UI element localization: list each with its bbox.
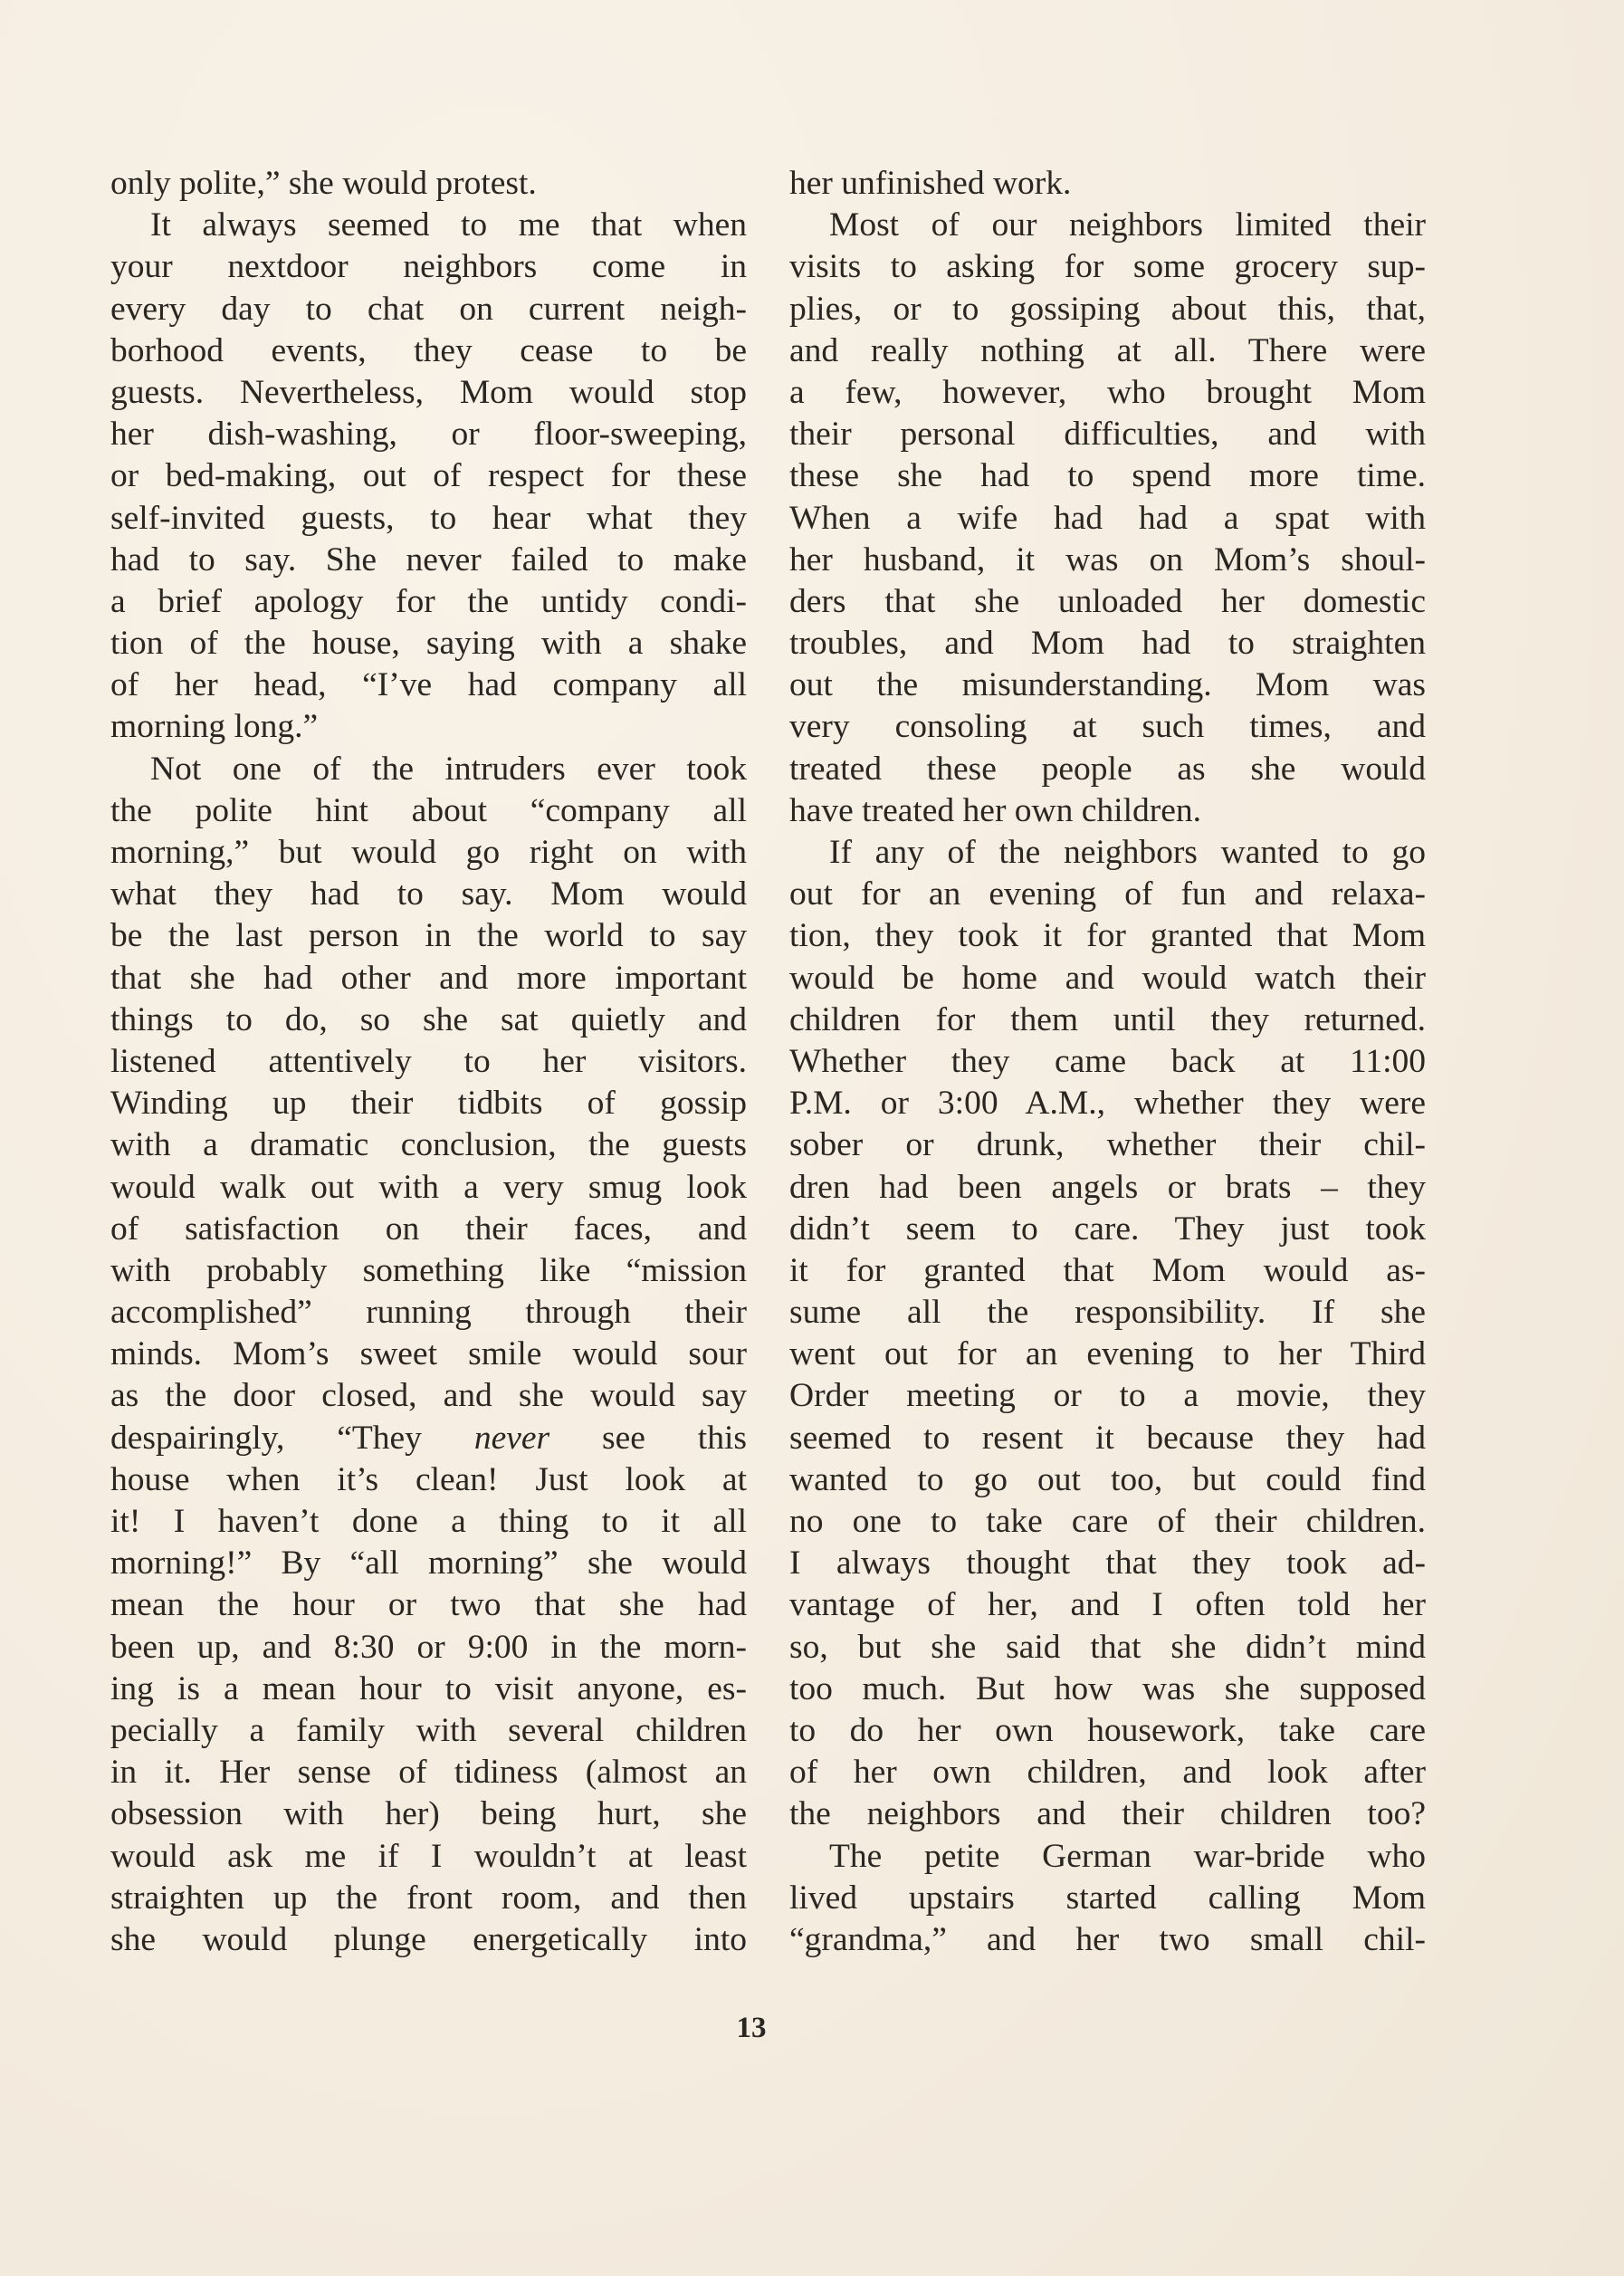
- text-line: it for granted that Mom would as-: [789, 1250, 1426, 1292]
- text-line: Most of our neighbors limited their: [789, 205, 1426, 246]
- text-line: had to say. She never failed to make: [110, 540, 747, 581]
- text-line: vantage of her, and I often told her: [789, 1584, 1426, 1626]
- text-line: been up, and 8:30 or 9:00 in the morn-: [110, 1627, 747, 1669]
- text-line: a few, however, who brought Mom: [789, 372, 1426, 414]
- text-column-left: only polite,” she would protest.It alway…: [110, 163, 747, 1961]
- text-line: she would plunge energetically into: [110, 1919, 747, 1961]
- text-line: your nextdoor neighbors come in: [110, 246, 747, 288]
- text-line: of her head, “I’ve had company all: [110, 665, 747, 706]
- text-line: and really nothing at all. There were: [789, 330, 1426, 372]
- text-line: straighten up the front room, and then: [110, 1878, 747, 1919]
- text-line: very consoling at such times, and: [789, 706, 1426, 748]
- text-line: too much. But how was she supposed: [789, 1669, 1426, 1710]
- text-line: tion of the house, saying with a shake: [110, 623, 747, 665]
- text-line: of her own children, and look after: [789, 1752, 1426, 1793]
- text-line: didn’t seem to care. They just took: [789, 1209, 1426, 1250]
- text-line: plies, or to gossiping about this, that,: [789, 289, 1426, 330]
- text-line: morning long.”: [110, 706, 747, 748]
- text-line: children for them until they returned.: [789, 999, 1426, 1041]
- text-line: Winding up their tidbits of gossip: [110, 1083, 747, 1124]
- text-line: her husband, it was on Mom’s shoul-: [789, 540, 1426, 581]
- text-line: tion, they took it for granted that Mom: [789, 915, 1426, 957]
- text-line: out the misunderstanding. Mom was: [789, 665, 1426, 706]
- text-line: despairingly, “They never see this: [110, 1418, 747, 1459]
- text-line: be the last person in the world to say: [110, 915, 747, 957]
- emphasized-word: never: [474, 1420, 549, 1457]
- text-line: their personal difficulties, and with: [789, 414, 1426, 455]
- text-line: The petite German war-bride who: [789, 1836, 1426, 1878]
- text-line: things to do, so she sat quietly and: [110, 999, 747, 1041]
- text-line: troubles, and Mom had to straighten: [789, 623, 1426, 665]
- text-line: sume all the responsibility. If she: [789, 1292, 1426, 1334]
- text-line: no one to take care of their children.: [789, 1501, 1426, 1543]
- text-line: every day to chat on current neigh-: [110, 289, 747, 330]
- text-line: what they had to say. Mom would: [110, 874, 747, 915]
- text-line: pecially a family with several children: [110, 1710, 747, 1752]
- text-line: her unfinished work.: [789, 163, 1426, 205]
- text-line: Whether they came back at 11:00: [789, 1041, 1426, 1083]
- text-line: If any of the neighbors wanted to go: [789, 832, 1426, 874]
- text-line: morning,” but would go right on with: [110, 832, 747, 874]
- text-line: “grandma,” and her two small chil-: [789, 1919, 1426, 1961]
- text-line: accomplished” running through their: [110, 1292, 747, 1334]
- text-line: When a wife had had a spat with: [789, 498, 1426, 540]
- text-line: mean the hour or two that she had: [110, 1584, 747, 1626]
- text-line: dren had been angels or brats – they: [789, 1167, 1426, 1209]
- text-line: house when it’s clean! Just look at: [110, 1459, 747, 1501]
- text-line: with a dramatic conclusion, the guests: [110, 1124, 747, 1166]
- text-line: out for an evening of fun and relaxa-: [789, 874, 1426, 915]
- text-line: would ask me if I wouldn’t at least: [110, 1836, 747, 1878]
- text-line: or bed-making, out of respect for these: [110, 455, 747, 497]
- text-line: of satisfaction on their faces, and: [110, 1209, 747, 1250]
- text-line: Not one of the intruders ever took: [110, 749, 747, 790]
- text-line: only polite,” she would protest.: [110, 163, 747, 205]
- text-line: P.M. or 3:00 A.M., whether they were: [789, 1083, 1426, 1124]
- text-line: a brief apology for the untidy condi-: [110, 581, 747, 623]
- text-line: to do her own housework, take care: [789, 1710, 1426, 1752]
- text-line: wanted to go out too, but could find: [789, 1459, 1426, 1501]
- text-line: sober or drunk, whether their chil-: [789, 1124, 1426, 1166]
- text-line: ing is a mean hour to visit anyone, es-: [110, 1669, 747, 1710]
- text-line: with probably something like “mission: [110, 1250, 747, 1292]
- page-number: 13: [724, 2012, 779, 2045]
- text-line: ders that she unloaded her domestic: [789, 581, 1426, 623]
- text-line: as the door closed, and she would say: [110, 1375, 747, 1417]
- text-line: visits to asking for some grocery sup-: [789, 246, 1426, 288]
- text-line: Order meeting or to a movie, they: [789, 1375, 1426, 1417]
- text-line: the neighbors and their children too?: [789, 1793, 1426, 1835]
- text-fragment: see this: [549, 1420, 747, 1457]
- text-line: listened attentively to her visitors.: [110, 1041, 747, 1083]
- text-line: It always seemed to me that when: [110, 205, 747, 246]
- text-line: went out for an evening to her Third: [789, 1334, 1426, 1375]
- text-line: seemed to resent it because they had: [789, 1418, 1426, 1459]
- text-line: in it. Her sense of tidiness (almost an: [110, 1752, 747, 1793]
- text-line: that she had other and more important: [110, 958, 747, 999]
- text-line: so, but she said that she didn’t mind: [789, 1627, 1426, 1669]
- text-line: obsession with her) being hurt, she: [110, 1793, 747, 1835]
- text-line: her dish-washing, or floor-sweeping,: [110, 414, 747, 455]
- text-line: self-invited guests, to hear what they: [110, 498, 747, 540]
- text-line: lived upstairs started calling Mom: [789, 1878, 1426, 1919]
- text-line: would walk out with a very smug look: [110, 1167, 747, 1209]
- text-line: would be home and would watch their: [789, 958, 1426, 999]
- text-column-right: her unfinished work.Most of our neighbor…: [789, 163, 1426, 1961]
- text-line: I always thought that they took ad-: [789, 1543, 1426, 1584]
- text-line: have treated her own children.: [789, 790, 1426, 832]
- text-fragment: despairingly, “They: [110, 1420, 474, 1457]
- text-line: it! I haven’t done a thing to it all: [110, 1501, 747, 1543]
- text-line: these she had to spend more time.: [789, 455, 1426, 497]
- text-line: morning!” By “all morning” she would: [110, 1543, 747, 1584]
- text-line: guests. Nevertheless, Mom would stop: [110, 372, 747, 414]
- text-line: minds. Mom’s sweet smile would sour: [110, 1334, 747, 1375]
- text-line: the polite hint about “company all: [110, 790, 747, 832]
- text-line: treated these people as she would: [789, 749, 1426, 790]
- text-line: borhood events, they cease to be: [110, 330, 747, 372]
